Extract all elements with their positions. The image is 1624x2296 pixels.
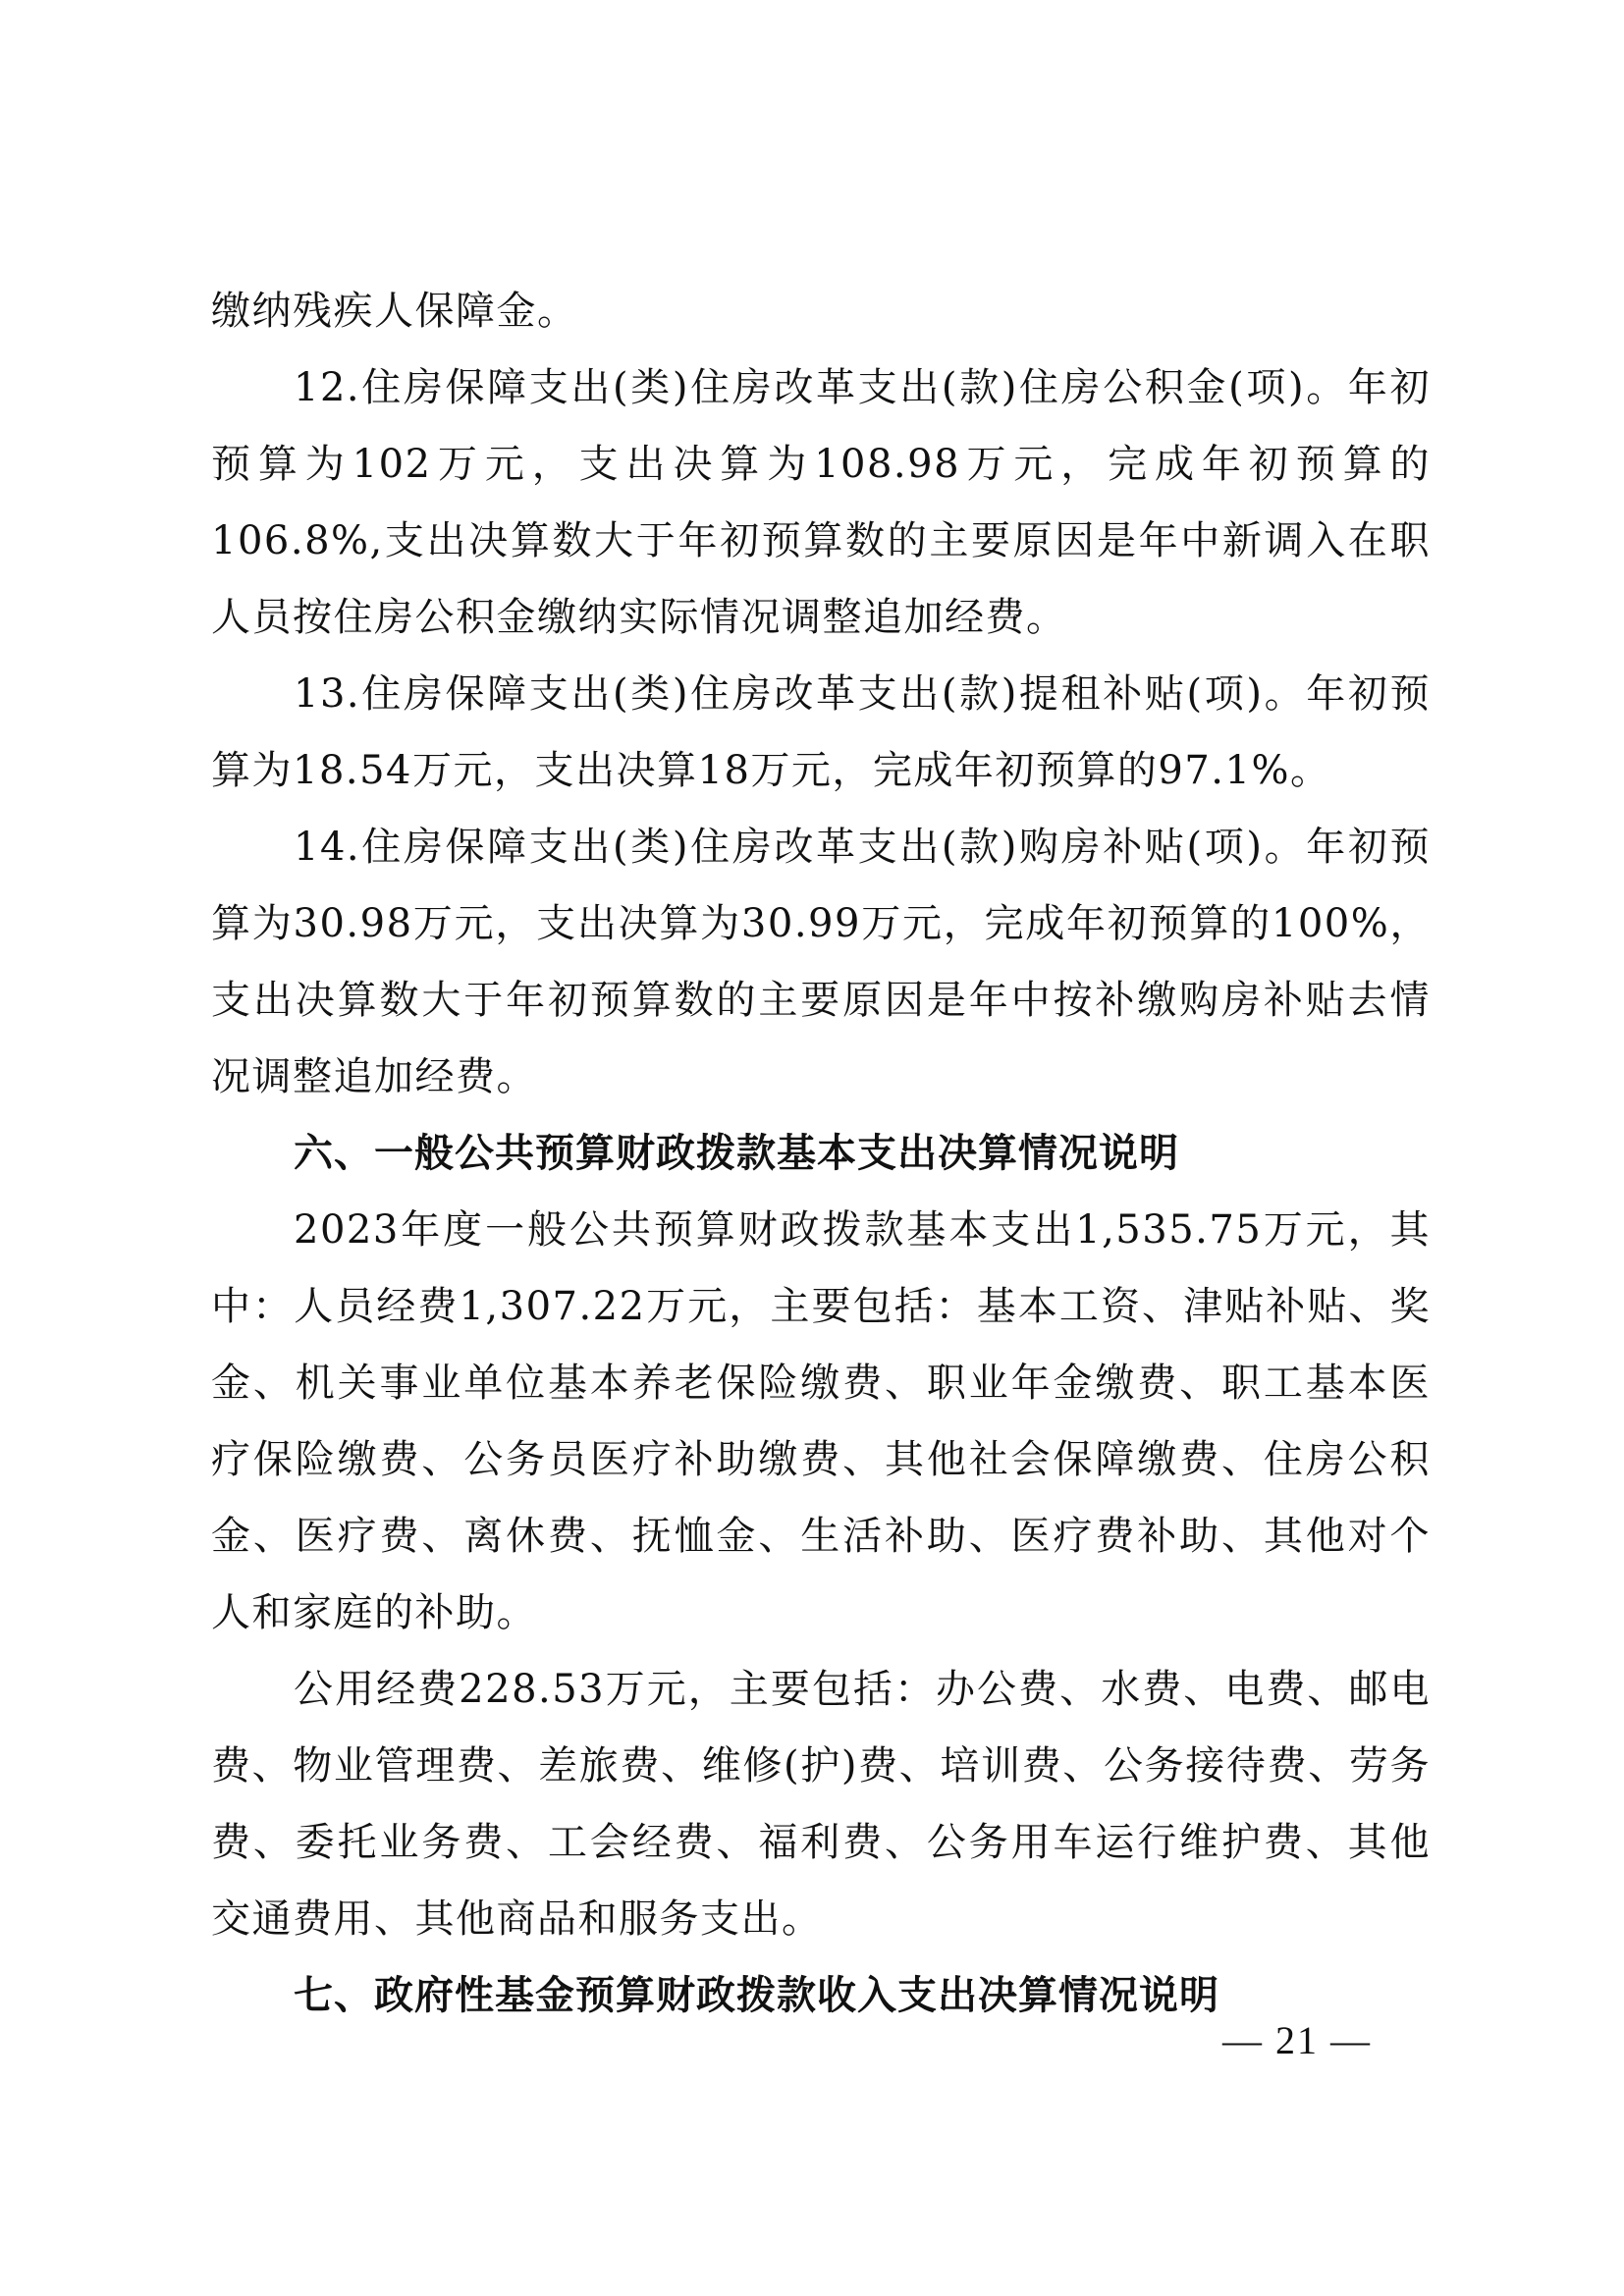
page-number: — 21 — (1222, 2017, 1372, 2063)
paragraph-item-13: 13.住房保障支出(类)住房改革支出(款)提租补贴(项)。年初预算为18.54万… (211, 656, 1431, 809)
paragraph-item-12: 12.住房保障支出(类)住房改革支出(款)住房公积金(项)。年初预算为102万元… (211, 349, 1431, 656)
paragraph-item-14: 14.住房保障支出(类)住房改革支出(款)购房补贴(项)。年初预算为30.98万… (211, 809, 1431, 1115)
paragraph-continuation: 缴纳残疾人保障金。 (211, 273, 1431, 349)
paragraph-basic-expenditure: 2023年度一般公共预算财政拨款基本支出1,535.75万元，其中：人员经费1,… (211, 1192, 1431, 1651)
paragraph-public-funds: 公用经费228.53万元，主要包括：办公费、水费、电费、邮电费、物业管理费、差旅… (211, 1651, 1431, 1957)
section-heading-6: 六、一般公共预算财政拨款基本支出决算情况说明 (211, 1115, 1431, 1192)
document-page: 缴纳残疾人保障金。 12.住房保障支出(类)住房改革支出(款)住房公积金(项)。… (211, 273, 1431, 2034)
